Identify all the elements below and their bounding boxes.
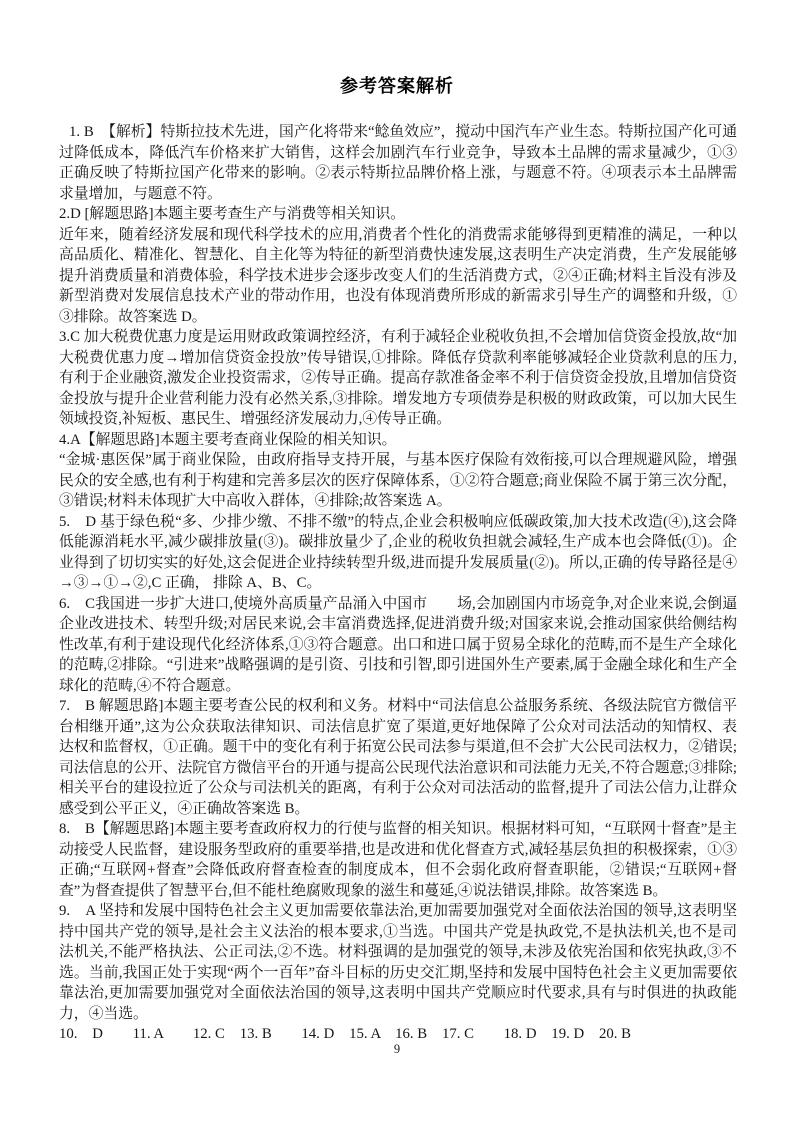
explanation-item-4-heading: 4.A【解题思路]本题主要考查商业保险的相关知识。 — [59, 430, 737, 451]
explanation-item-3: 3.C 加大税费优惠力度是运用财政政策调控经济，有利于减轻企业税收负担,不会增加… — [59, 327, 737, 430]
document-page: 参考答案解析 1. B 【解析】特斯拉技术先进，国产化将带来“鲶鱼效应”，搅动中… — [0, 0, 794, 1123]
explanation-item-2-heading: 2.D [解题思路]本题主要考查生产与消费等相关知识。 — [59, 204, 737, 225]
page-title: 参考答案解析 — [0, 0, 794, 98]
explanation-item-1: 1. B 【解析】特斯拉技术先进，国产化将带来“鲶鱼效应”，搅动中国汽车产业生态… — [59, 122, 737, 204]
answer-explanations: 1. B 【解析】特斯拉技术先进，国产化将带来“鲶鱼效应”，搅动中国汽车产业生态… — [59, 122, 737, 1045]
explanation-item-6: 6. C我国进一步扩大进口,使境外高质量产品涌入中国市 场,会加剧国内市场竞争,… — [59, 594, 737, 697]
explanation-item-2-body: 近年来，随着经济发展和现代科学技术的应用,消费者个性化的消费需求能够得到更精准的… — [59, 225, 737, 328]
explanation-item-7: 7. B 解题思路]本题主要考查公民的权利和义务。材料中“司法信息公益服务系统、… — [59, 696, 737, 819]
explanation-item-9: 9. A 坚持和发展中国特色社会主义更加需要依靠法治,更加需要加强党对全面依法治… — [59, 901, 737, 1024]
explanation-item-5: 5. D 基于绿色税“多、少排少缴、不排不缴”的特点,企业会积极响应低碳政策,加… — [59, 512, 737, 594]
explanation-item-4-body: “金城·惠医保”属于商业保险，由政府指导支持开展，与基本医疗保险有效衔接,可以合… — [59, 450, 737, 512]
explanation-item-8: 8. B【解题思路]本题主要考查政府权力的行使与监督的相关知识。根据材料可知，“… — [59, 819, 737, 901]
page-number: 9 — [0, 1042, 794, 1057]
